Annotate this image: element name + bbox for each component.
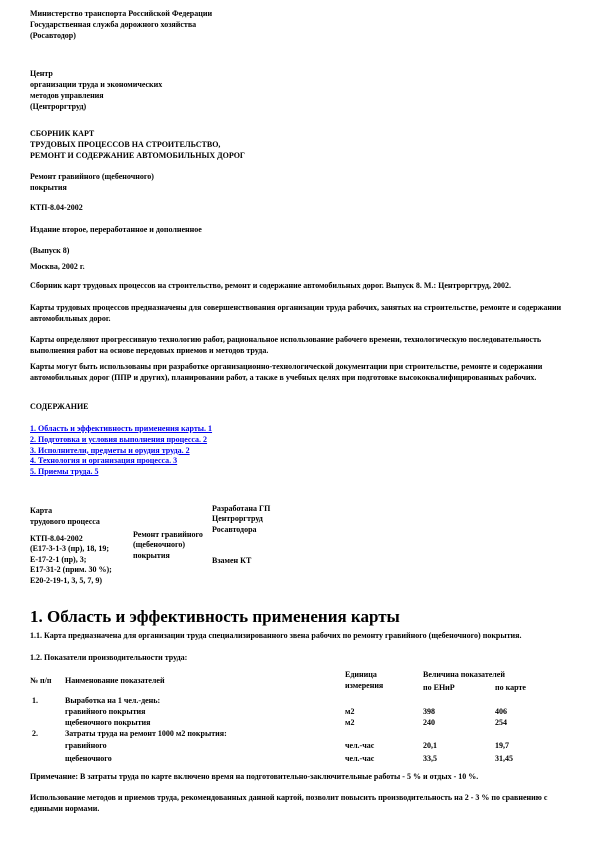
subject-title: Ремонт гравийного (щебеночного) покрытия — [30, 171, 154, 193]
ministry-line: (Росавтодор) — [30, 30, 212, 41]
subject-line: Ремонт гравийного (щебеночного) — [30, 171, 154, 182]
ministry-line: Государственная служба дорожного хозяйст… — [30, 19, 212, 30]
subrow-enir-value: 20,1 — [423, 741, 437, 750]
subrow-karta-value: 19,7 — [495, 741, 509, 750]
card-code-line: Е20-2-19-1, 3, 5, 7, 9) — [30, 576, 112, 586]
card-subject-line: Ремонт гравийного — [133, 530, 203, 540]
center-line: (Центроргтруд) — [30, 101, 162, 112]
col-header-name: Наименование показателей — [65, 676, 165, 685]
edition-line: Издание второе, переработанное и дополне… — [30, 225, 202, 234]
toc-link-section-5[interactable]: 5. Приемы труда. 5 — [30, 467, 212, 478]
center-line: Центр — [30, 68, 162, 79]
center-block: Центр организации труда и экономических … — [30, 68, 162, 112]
card-code-line: Е17-31-2 (прим. 30 %); — [30, 565, 112, 575]
doc-code: КТП-8.04-2002 — [30, 203, 83, 212]
subrow-unit: м2 — [345, 707, 354, 716]
card-subject-line: (щебеночного) — [133, 540, 203, 550]
row-num: 2. — [32, 729, 38, 738]
ministry-line: Министерство транспорта Российской Федер… — [30, 8, 212, 19]
collection-title: СБОРНИК КАРТ ТРУДОВЫХ ПРОЦЕССОВ НА СТРОИ… — [30, 128, 245, 161]
card-developer-line: Центроргтруд — [212, 514, 270, 524]
subrow-enir-value: 240 — [423, 718, 435, 727]
card-subject-line: покрытия — [133, 551, 203, 561]
row-name: Затраты труда на ремонт 1000 м2 покрытия… — [65, 729, 227, 738]
col-header-unit: Единица — [345, 670, 377, 679]
card-title-line: трудового процесса — [30, 516, 100, 527]
subrow-enir-value: 398 — [423, 707, 435, 716]
col-header-karta: по карте — [495, 683, 526, 692]
closing-paragraph: Использование методов и приемов труда, р… — [30, 793, 566, 814]
col-header-unit2: измерения — [345, 681, 383, 690]
card-developer-line: Росавтодора — [212, 525, 270, 535]
issue-line: (Выпуск 8) — [30, 246, 69, 255]
card-title-block: Карта трудового процесса — [30, 505, 100, 527]
paragraph-1-1: 1.1. Карта предназначена для организации… — [30, 631, 522, 640]
subrow-karta-value: 254 — [495, 718, 507, 727]
center-line: организации труда и экономических — [30, 79, 162, 90]
abstract-paragraph: Карты определяют прогрессивную технологи… — [30, 335, 566, 356]
subrow-name: щебеночного покрытия — [65, 718, 151, 727]
toc-title: СОДЕРЖАНИЕ — [30, 402, 89, 411]
card-code-line: (Е17-3-1-3 (пр), 18, 19; — [30, 544, 112, 554]
section-1-heading: 1. Область и эффективность применения ка… — [30, 607, 400, 627]
note-paragraph: Примечание: В затраты труда по карте вкл… — [30, 772, 566, 783]
subrow-unit: чел.-час — [345, 754, 374, 763]
collection-title-line: СБОРНИК КАРТ — [30, 128, 245, 139]
collection-title-line: ТРУДОВЫХ ПРОЦЕССОВ НА СТРОИТЕЛЬСТВО, — [30, 139, 245, 150]
toc-link-section-2[interactable]: 2. Подготовка и условия выполнения проце… — [30, 435, 212, 446]
card-code-line: Е-17-2-1 (пр), 3; — [30, 555, 112, 565]
center-line: методов управления — [30, 90, 162, 101]
subrow-name: гравийного покрытия — [65, 707, 145, 716]
row-name: Выработка на 1 чел.-день: — [65, 696, 160, 705]
paragraph-1-2: 1.2. Показатели производительности труда… — [30, 653, 187, 662]
subrow-name: гравийного — [65, 741, 107, 750]
collection-title-line: РЕМОНТ И СОДЕРЖАНИЕ АВТОМОБИЛЬНЫХ ДОРОГ — [30, 150, 245, 161]
subrow-karta-value: 31,45 — [495, 754, 513, 763]
col-header-enir: по ЕНиР — [423, 683, 455, 692]
abstract-paragraph: Карты трудовых процессов предназначены д… — [30, 303, 566, 324]
card-code-block: КТП-8.04-2002 (Е17-3-1-3 (пр), 18, 19; Е… — [30, 534, 112, 586]
table-of-contents: 1. Область и эффективность применения ка… — [30, 424, 212, 478]
toc-link-section-3[interactable]: 3. Исполнители, предметы и орудия труда.… — [30, 446, 212, 457]
card-title-line: Карта — [30, 505, 100, 516]
subrow-karta-value: 406 — [495, 707, 507, 716]
card-subject-block: Ремонт гравийного (щебеночного) покрытия — [133, 530, 203, 561]
city-year-line: Москва, 2002 г. — [30, 262, 85, 271]
card-replaces-line: Взамен КТ — [212, 556, 251, 565]
subrow-enir-value: 33,5 — [423, 754, 437, 763]
card-developer-line: Разработана ГП — [212, 504, 270, 514]
document-page: Министерство транспорта Российской Федер… — [0, 0, 595, 842]
toc-link-section-1[interactable]: 1. Область и эффективность применения ка… — [30, 424, 212, 435]
toc-link-section-4[interactable]: 4. Технология и организация процесса. 3 — [30, 456, 212, 467]
abstract-paragraph: Сборник карт трудовых процессов на строи… — [30, 281, 566, 292]
abstract-paragraph: Карты могут быть использованы при разраб… — [30, 362, 566, 383]
col-header-value-group: Величина показателей — [423, 670, 505, 679]
subject-line: покрытия — [30, 182, 154, 193]
subrow-name: щебеночного — [65, 754, 112, 763]
card-code-line: КТП-8.04-2002 — [30, 534, 112, 544]
subrow-unit: чел.-час — [345, 741, 374, 750]
card-developer-block: Разработана ГП Центроргтруд Росавтодора — [212, 504, 270, 535]
row-num: 1. — [32, 696, 38, 705]
ministry-block: Министерство транспорта Российской Федер… — [30, 8, 212, 41]
col-header-num: № п/п — [30, 676, 51, 685]
subrow-unit: м2 — [345, 718, 354, 727]
